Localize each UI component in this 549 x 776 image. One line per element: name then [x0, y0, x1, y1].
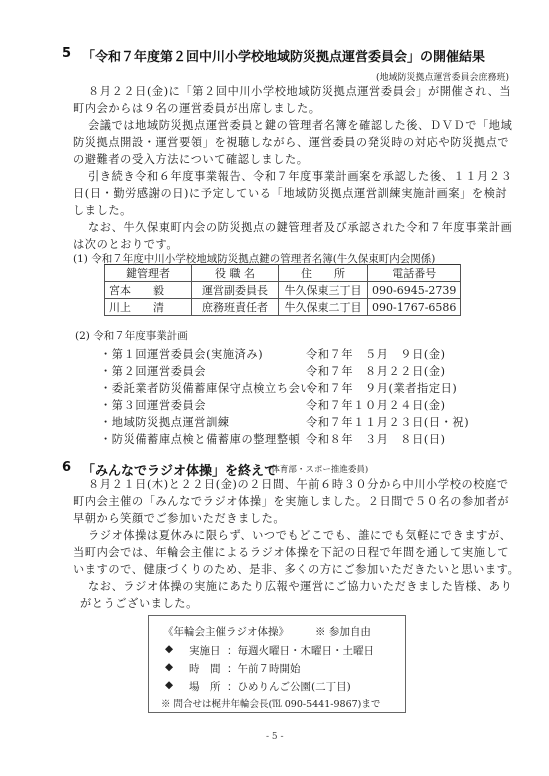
plan-date: 令和７年 ９月(業者指定日)	[306, 380, 457, 396]
box-contact: ※ 問合せは梶井年輪会長(℡ 090-5441-9867)まで	[161, 696, 380, 710]
paragraph-line: ８月２２日(金)に「第２回中川小学校地域防災拠点運営委員会」が開催され、当	[88, 84, 511, 101]
key-manager-table: 鍵管理者 役 職 名 住 所 電話番号 宮本 毅 運営副委員長 牛久保東三丁目 …	[104, 264, 461, 316]
paragraph-line: しました。	[73, 203, 132, 220]
plan-date: 令和７年 ５月 ９日(金)	[306, 346, 446, 362]
diamond-bullet-icon: ◆	[165, 661, 173, 673]
table-header: 住 所	[279, 265, 368, 282]
table-cell: 庶務班責任者	[192, 299, 279, 316]
plan-date: 令和７年 ８月２２日(金)	[306, 363, 446, 379]
table-row: 川上 清 庶務班責任者 牛久保東二丁目 090-1767-6586	[105, 299, 461, 316]
paragraph-line: 当町内会では、年輪会主催によるラジオ体操を下記の日程で年間を通して実施して	[73, 545, 509, 562]
paragraph-line: 日(日・勤労感謝の日)に予定している「地域防災拠点運営訓練実施計画案」を検討	[73, 186, 507, 203]
table-cell: 宮本 毅	[105, 282, 192, 299]
paragraph-line: 引き続き令和６年度事業報告、令和７年度事業計画案を承認した後、１１月２３	[88, 169, 512, 186]
table-header: 役 職 名	[192, 265, 279, 282]
box-note: ※ 参加自由	[315, 624, 371, 639]
section5-number: 5	[62, 46, 71, 61]
paragraph-line: の避難者の受入方法について確認しました。	[73, 152, 309, 169]
diamond-bullet-icon: ◆	[165, 679, 173, 691]
list2-title: (2) 令和７年度事業計画	[75, 328, 188, 343]
section6-number: 6	[62, 460, 71, 475]
plan-item: ・第１回運営委員会(実施済み)	[100, 346, 263, 362]
table-cell: 牛久保東二丁目	[279, 299, 368, 316]
plan-item: ・地域防災拠点運営訓練	[100, 414, 230, 430]
table-header-row: 鍵管理者 役 職 名 住 所 電話番号	[105, 265, 461, 282]
table-header: 電話番号	[368, 265, 461, 282]
diamond-bullet-icon: ◆	[165, 643, 173, 655]
paragraph-line: 早朝から笑顔でご参加いただきました。	[73, 511, 285, 528]
table-cell: 090-1767-6586	[368, 299, 461, 316]
page-number: - 5 -	[266, 732, 284, 742]
plan-date: 令和７年１０月２４日(金)	[306, 397, 446, 413]
box-title: 《年輪会主催ラジオ体操》	[163, 624, 289, 639]
plan-item: ・防災備蓄庫点検と備蓄庫の整理整頓	[100, 431, 300, 447]
radio-exercise-info-box: 《年輪会主催ラジオ体操》 ※ 参加自由 ◆ 実施日 ：毎週火曜日・木曜日・土曜日…	[148, 615, 406, 713]
paragraph-line: いますので、健康づくりのため、是非、多くの方にご参加いただきたいと思います。	[73, 562, 519, 579]
table-cell: 090-6945-2739	[368, 282, 461, 299]
section6-author: (体育部・スポー推進委員)	[268, 463, 368, 475]
box-item-value: ：午前７時開始	[227, 661, 301, 676]
box-item-value: ：毎週火曜日・木曜日・土曜日	[227, 643, 374, 658]
paragraph-line: 会議では地域防災拠点運営委員と鍵の管理者名簿を確認した後、ＤＶＤで「地域	[88, 118, 512, 135]
table-cell: 牛久保東三丁目	[279, 282, 368, 299]
paragraph-line: 町内会からは９名の運営委員が出席しました。	[73, 101, 321, 118]
section5-title: 「令和７年度第２回中川小学校地域防災拠点運営委員会」の開催結果	[82, 46, 485, 65]
paragraph-line: ８月２１日(木)と２２日(金)の２日間、午前６時３０分から中川小学校の校庭で	[88, 477, 509, 494]
table-cell: 川上 清	[105, 299, 192, 316]
box-item-value: ：ひめりんご公園(二丁目)	[227, 679, 351, 694]
box-item-label: 実施日	[189, 643, 221, 658]
paragraph-line: ラジオ体操は夏休みに限らず、いつでもどこでも、誰にでも気軽にできますが、	[88, 528, 511, 545]
paragraph-line: がとうございました。	[80, 596, 198, 613]
plan-item: ・委託業者防災備蓄庫保守点検立ち会い	[100, 380, 312, 396]
plan-item: ・第２回運営委員会	[100, 363, 206, 379]
paragraph-line: 防災拠点開設・運営要領」を視聴しながら、運営委員の発災時の対応や防災拠点で	[73, 135, 509, 152]
table-row: 宮本 毅 運営副委員長 牛久保東三丁目 090-6945-2739	[105, 282, 461, 299]
plan-item: ・第３回運営委員会	[100, 397, 206, 413]
plan-date: 令和８年 ３月 ８日(日)	[306, 431, 446, 447]
section5-author: (地域防災拠点運営委員会庶務班)	[376, 70, 509, 83]
paragraph-line: 町内会主催の「みんなでラジオ体操」を実施しました。２日間で５０名の参加者が	[73, 494, 509, 511]
paragraph-line: なお、ラジオ体操の実施にあたり広報や運営にご協力いただきました皆様、あり	[88, 579, 512, 596]
plan-date: 令和７年１１月２３日(日・祝)	[306, 414, 469, 430]
table-cell: 運営副委員長	[192, 282, 279, 299]
box-item-label: 場 所	[189, 679, 221, 694]
box-item-label: 時 間	[189, 661, 221, 676]
paragraph-line: なお、牛久保東町内会の防災拠点の鍵管理者及び承認された令和７年度事業計画	[88, 220, 512, 237]
table-header: 鍵管理者	[105, 265, 192, 282]
